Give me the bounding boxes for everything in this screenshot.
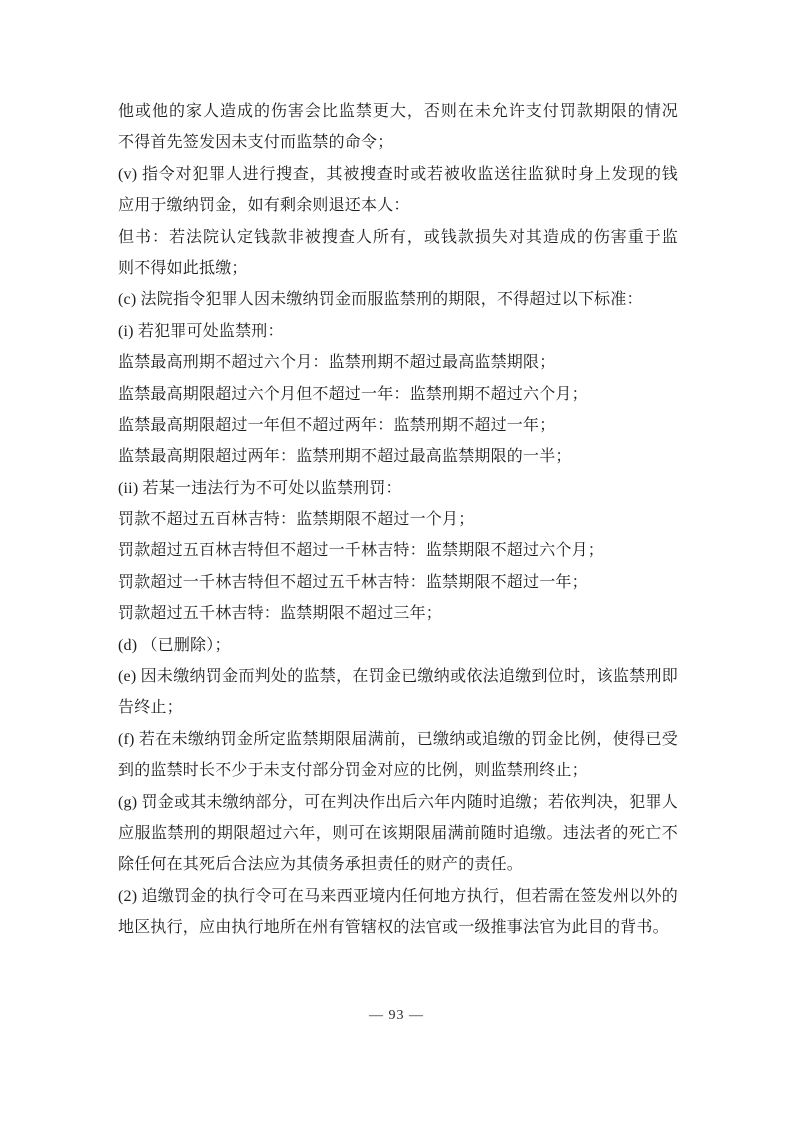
text-line: 监禁最高期限超过两年：监禁刑期不超过最高监禁期限的一半；: [118, 441, 678, 472]
text-line: 罚款超过五百林吉特但不超过一千林吉特：监禁期限不超过六个月；: [118, 535, 678, 566]
document-page: 他或他的家人造成的伤害会比监禁更大，否则在未允许支付罚款期限的情况下， 不得首先…: [0, 0, 793, 1122]
body-text: 他或他的家人造成的伤害会比监禁更大，否则在未允许支付罚款期限的情况下， 不得首先…: [118, 96, 678, 944]
text-line: 除任何在其死后合法应为其债务承担责任的财产的责任。: [118, 849, 678, 880]
text-line: 应服监禁刑的期限超过六年，则可在该期限届满前随时追缴。违法者的死亡不免: [118, 818, 678, 849]
text-line: 到的监禁时长不少于未支付部分罚金对应的比例，则监禁刑终止；: [118, 755, 678, 786]
text-line: 他或他的家人造成的伤害会比监禁更大，否则在未允许支付罚款期限的情况下，: [118, 96, 678, 127]
text-line: 地区执行，应由执行地所在州有管辖权的法官或一级推事法官为此目的背书。: [118, 912, 678, 943]
text-line: 监禁最高期限超过一年但不超过两年：监禁刑期不超过一年；: [118, 410, 678, 441]
text-line: 罚款不超过五百林吉特：监禁期限不超过一个月；: [118, 504, 678, 535]
text-line: (e) 因未缴纳罚金而判处的监禁，在罚金已缴纳或依法追缴到位时，该监禁刑即: [118, 661, 678, 692]
text-line: 不得首先签发因未支付而监禁的命令；: [118, 127, 678, 158]
text-line: 应用于缴纳罚金，如有剩余则退还本人：: [118, 190, 678, 221]
text-line: 罚款超过五千林吉特：监禁期限不超过三年；: [118, 598, 678, 629]
text-line: (2) 追缴罚金的执行令可在马来西亚境内任何地方执行，但若需在签发州以外的: [118, 881, 678, 912]
text-line: 但书：若法院认定钱款非被搜查人所有，或钱款损失对其造成的伤害重于监禁，: [118, 222, 678, 253]
text-line: (i) 若犯罪可处监禁刑：: [118, 316, 678, 347]
text-line: 罚款超过一千林吉特但不超过五千林吉特：监禁期限不超过一年；: [118, 567, 678, 598]
text-line: (ii) 若某一违法行为不可处以监禁刑罚：: [118, 473, 678, 504]
text-line: (g) 罚金或其未缴纳部分，可在判决作出后六年内随时追缴；若依判决，犯罪人: [118, 787, 678, 818]
text-line: (f) 若在未缴纳罚金所定监禁期限届满前，已缴纳或追缴的罚金比例，使得已受: [118, 724, 678, 755]
text-line: 监禁最高刑期不超过六个月：监禁刑期不超过最高监禁期限；: [118, 347, 678, 378]
text-line: (v) 指令对犯罪人进行搜查，其被搜查时或若被收监送往监狱时身上发现的钱款，: [118, 159, 678, 190]
text-line: (d) （已删除）；: [118, 630, 678, 661]
text-line: (c) 法院指令犯罪人因未缴纳罚金而服监禁刑的期限，不得超过以下标准：: [118, 284, 678, 315]
text-line: 监禁最高期限超过六个月但不超过一年：监禁刑期不超过六个月；: [118, 379, 678, 410]
text-line: 则不得如此抵缴；: [118, 253, 678, 284]
page-number: — 93 —: [0, 1008, 793, 1024]
text-line: 告终止；: [118, 692, 678, 723]
